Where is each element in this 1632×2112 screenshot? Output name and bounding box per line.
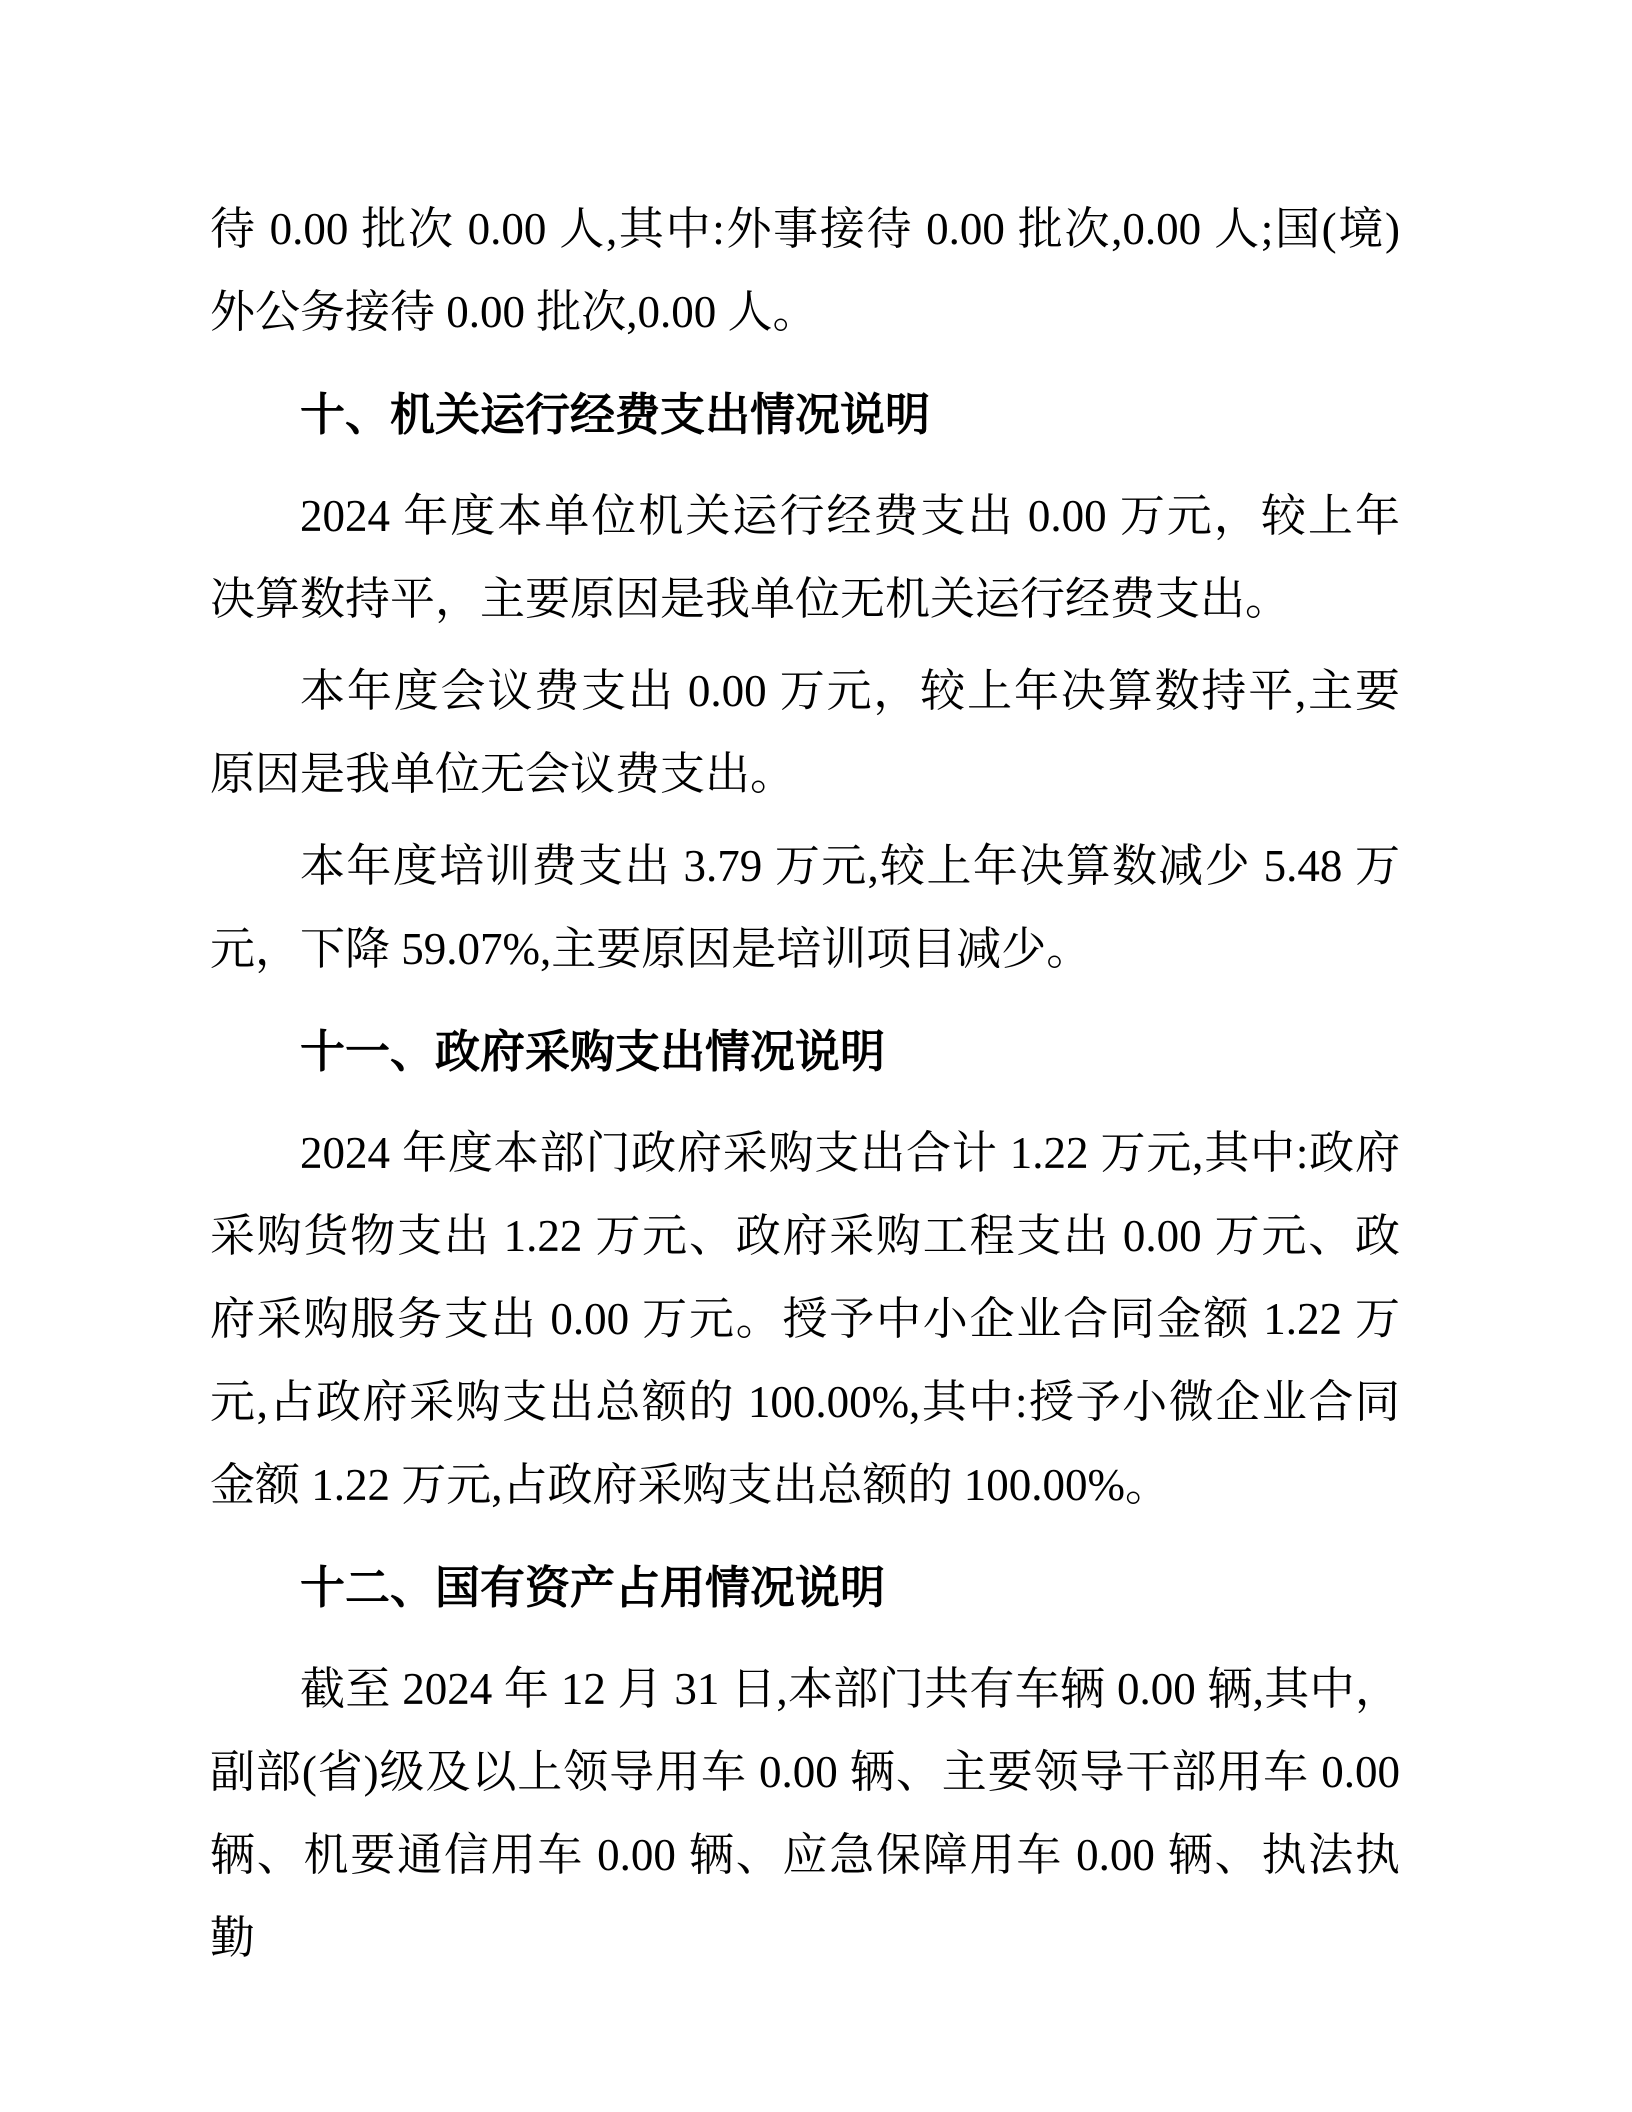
document-page: 待 0.00 批次 0.00 人,其中:外事接待 0.00 批次,0.00 人;… (0, 0, 1632, 2112)
paragraph-meeting-expense: 本年度会议费支出 0.00 万元，较上年决算数持平,主要原因是我单位无会议费支出… (210, 650, 1400, 816)
heading-section-12-state-assets: 十二、国有资产占用情况说明 (210, 1546, 1400, 1629)
paragraph-state-assets-vehicles: 截至 2024 年 12 月 31 日,本部门共有车辆 0.00 辆,其中，副部… (210, 1648, 1400, 1980)
heading-section-11-government-procurement: 十一、政府采购支出情况说明 (210, 1010, 1400, 1093)
paragraph-operating-expense: 2024 年度本单位机关运行经费支出 0.00 万元，较上年决算数持平，主要原因… (210, 475, 1400, 641)
document-content: 待 0.00 批次 0.00 人,其中:外事接待 0.00 批次,0.00 人;… (0, 0, 1632, 1980)
paragraph-government-procurement: 2024 年度本部门政府采购支出合计 1.22 万元,其中:政府采购货物支出 1… (210, 1112, 1400, 1527)
paragraph-training-expense: 本年度培训费支出 3.79 万元,较上年决算数减少 5.48 万元，下降 59.… (210, 825, 1400, 991)
heading-section-10-operating-expense: 十、机关运行经费支出情况说明 (210, 373, 1400, 456)
paragraph-official-reception-continued: 待 0.00 批次 0.00 人,其中:外事接待 0.00 批次,0.00 人;… (210, 188, 1400, 354)
